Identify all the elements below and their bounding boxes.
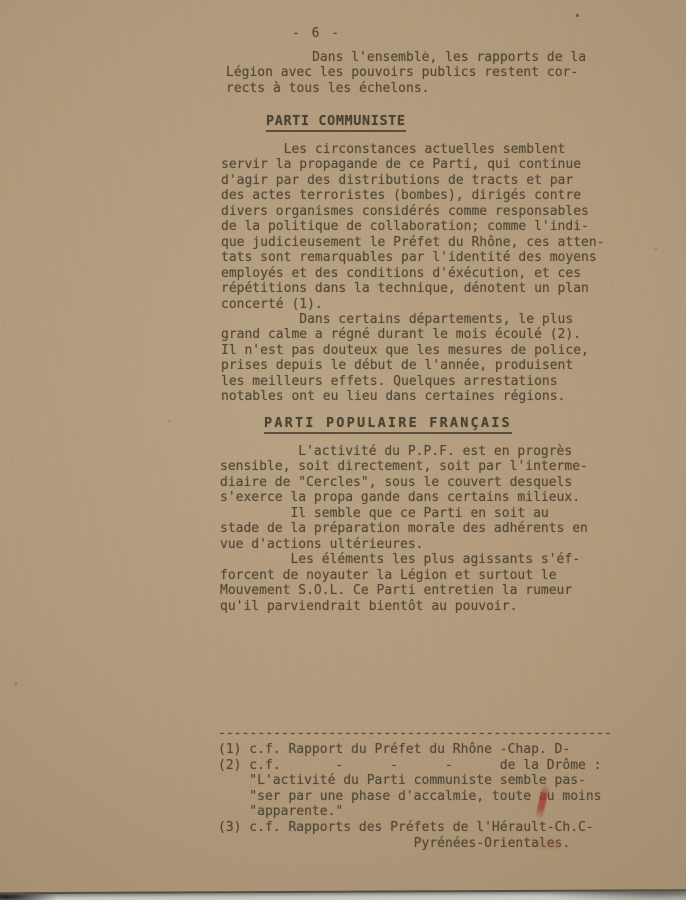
scanned-document-page: - 6 - Dans l'ensemble, les rapports de l… — [0, 0, 686, 900]
section-heading-parti-populaire-francais: PARTI POPULAIRE FRANÇAIS — [264, 416, 512, 434]
dust-speck — [168, 420, 171, 422]
typewritten-text-layer: - 6 - Dans l'ensemble, les rapports de l… — [0, 0, 686, 900]
dust-speck — [14, 682, 18, 685]
section-heading-parti-communiste: PARTI COMMUNISTE — [266, 114, 406, 132]
red-pencil-smudge — [534, 841, 562, 849]
intro-paragraph: Dans l'ensemble, les rapports de la Légi… — [226, 50, 586, 96]
section-body-parti-communiste: Les circonstances actuelles semblent ser… — [221, 142, 605, 405]
section-body-parti-populaire-francais: L'activité du P.P.F. est en progrès sens… — [220, 444, 588, 614]
footnote-separator-line: ----------------------------------------… — [218, 726, 612, 741]
dust-speck — [576, 14, 579, 17]
dust-speck — [655, 248, 657, 250]
page-number: - 6 - — [292, 26, 341, 41]
dust-speck — [424, 51, 426, 53]
